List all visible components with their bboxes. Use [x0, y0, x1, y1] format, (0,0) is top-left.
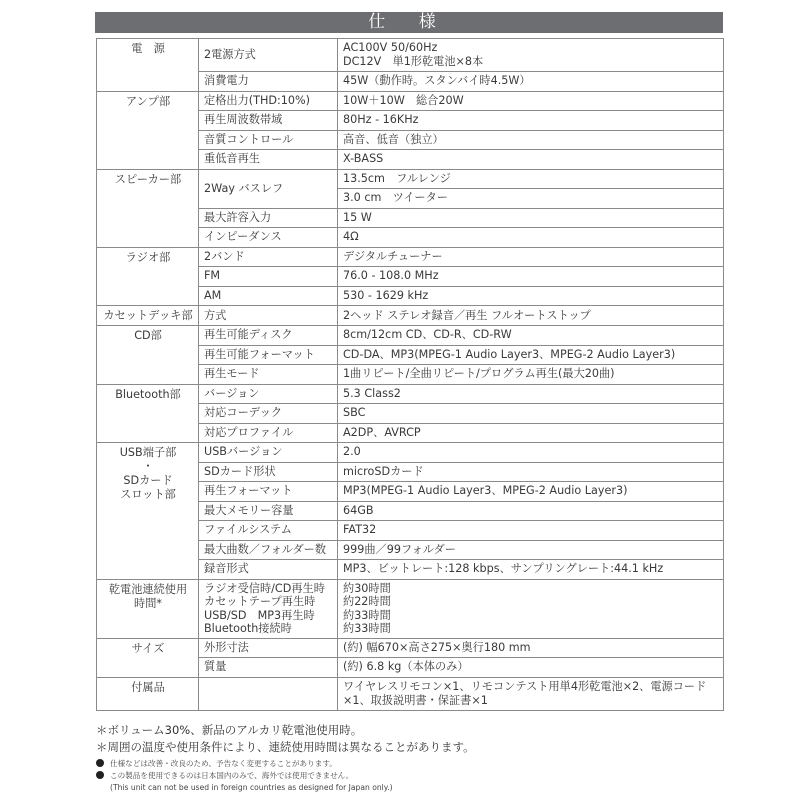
- category-cell: 付属品: [97, 677, 199, 710]
- spec-label: インピーダンス: [199, 228, 338, 248]
- bullet-icon: [96, 759, 104, 767]
- footnote-bullet-2: この製品を使用できるのは日本国内のみで、海外では使用できません。: [96, 770, 736, 782]
- table-row: アンプ部定格出力(THD:10%)10W＋10W 総合20W: [97, 91, 724, 111]
- spec-label: 録音形式: [199, 560, 338, 580]
- spec-label: FM: [199, 267, 338, 287]
- spec-label: AM: [199, 286, 338, 306]
- spec-value: 80Hz - 16KHz: [338, 111, 724, 131]
- spec-value: 76.0 - 108.0 MHz: [338, 267, 724, 287]
- spec-label: ラジオ受信時/CD再生時カセットテープ再生時USB/SD MP3再生時Bluet…: [199, 579, 338, 638]
- spec-label: ファイルシステム: [199, 521, 338, 541]
- spec-label: USBバージョン: [199, 443, 338, 463]
- spec-value: 15 W: [338, 208, 724, 228]
- spec-label: [199, 677, 338, 710]
- category-cell: 乾電池連続使用 時間*: [97, 579, 199, 638]
- table-row: 乾電池連続使用 時間*ラジオ受信時/CD再生時カセットテープ再生時USB/SD …: [97, 579, 724, 638]
- table-row: 付属品ワイヤレスリモコン×1、リモコンテスト用単4形乾電池×2、電源コード×1、…: [97, 677, 724, 710]
- spec-value: (約) 幅670×高さ275×奥行180 mm: [338, 638, 724, 658]
- page-title: 仕 様: [368, 12, 449, 32]
- table-row: Bluetooth部バージョン5.3 Class2: [97, 384, 724, 404]
- spec-value: (約) 6.8 kg（本体のみ）: [338, 658, 724, 678]
- spec-label: 再生周波数帯域: [199, 111, 338, 131]
- spec-label: SDカード形状: [199, 462, 338, 482]
- footnote-asterisk-2: ＊周囲の温度や使用条件により、連続使用時間は異なることがあります。: [96, 739, 736, 756]
- spec-value: 45W（動作時。スタンバイ時4.5W）: [338, 72, 724, 92]
- spec-value: CD-DA、MP3(MPEG-1 Audio Layer3、MPEG-2 Aud…: [338, 345, 724, 365]
- spec-label: 音質コントロール: [199, 130, 338, 150]
- spec-value: 3.0 cm ツイーター: [338, 189, 724, 209]
- spec-value: 約30時間約22時間約33時間約33時間: [338, 579, 724, 638]
- table-row: カセットデッキ部方式2ヘッド ステレオ録音／再生 フルオートストップ: [97, 306, 724, 326]
- spec-label: 2Way バスレフ: [199, 169, 338, 208]
- spec-label: 定格出力(THD:10%): [199, 91, 338, 111]
- spec-value: SBC: [338, 404, 724, 424]
- spec-value: 5.3 Class2: [338, 384, 724, 404]
- footnote-text: 仕様などは改善・改良のため、予告なく変更することがあります。: [110, 759, 337, 768]
- category-cell: USB端子部 ・ SDカード スロット部: [97, 443, 199, 580]
- spec-title-banner: 仕 様: [95, 12, 723, 33]
- spec-value-line: AC100V 50/60Hz: [343, 41, 719, 55]
- spec-label: 再生フォーマット: [199, 482, 338, 502]
- spec-value: 64GB: [338, 501, 724, 521]
- spec-value: 10W＋10W 総合20W: [338, 91, 724, 111]
- category-cell: アンプ部: [97, 91, 199, 169]
- spec-value: 999曲／99フォルダー: [338, 540, 724, 560]
- spec-label-line: Bluetooth接続時: [204, 622, 333, 636]
- spec-value: デジタルチューナー: [338, 247, 724, 267]
- spec-value: MP3(MPEG-1 Audio Layer3、MPEG-2 Audio Lay…: [338, 482, 724, 502]
- spec-label: 対応プロファイル: [199, 423, 338, 443]
- spec-label: 再生可能フォーマット: [199, 345, 338, 365]
- spec-label: 最大許容入力: [199, 208, 338, 228]
- spec-value: X-BASS: [338, 150, 724, 170]
- category-cell: 電 源: [97, 39, 199, 92]
- spec-value-line: DC12V 単1形乾電池×8本: [343, 55, 719, 69]
- spec-label: 再生モード: [199, 365, 338, 385]
- spec-label-line: USB/SD MP3再生時: [204, 609, 333, 623]
- category-cell: CD部: [97, 326, 199, 385]
- spec-label: 重低音再生: [199, 150, 338, 170]
- spec-value-line: 約30時間: [343, 582, 719, 596]
- footnote-english: (This unit can not be used in foreign co…: [96, 782, 736, 794]
- table-row: 電 源2電源方式AC100V 50/60HzDC12V 単1形乾電池×8本: [97, 39, 724, 72]
- spec-value: 4Ω: [338, 228, 724, 248]
- spec-label: 最大メモリー容量: [199, 501, 338, 521]
- spec-label: 2バンド: [199, 247, 338, 267]
- spec-value: 13.5cm フルレンジ: [338, 169, 724, 189]
- table-row: CD部再生可能ディスク8cm/12cm CD、CD-R、CD-RW: [97, 326, 724, 346]
- spec-value: A2DP、AVRCP: [338, 423, 724, 443]
- spec-value: FAT32: [338, 521, 724, 541]
- spec-value: 高音、低音（独立）: [338, 130, 724, 150]
- spec-value: AC100V 50/60HzDC12V 単1形乾電池×8本: [338, 39, 724, 72]
- spec-label: 消費電力: [199, 72, 338, 92]
- category-cell: Bluetooth部: [97, 384, 199, 443]
- table-row: ラジオ部2バンドデジタルチューナー: [97, 247, 724, 267]
- spec-label: 方式: [199, 306, 338, 326]
- spec-table: 電 源2電源方式AC100V 50/60HzDC12V 単1形乾電池×8本消費電…: [96, 38, 724, 711]
- spec-label: 最大曲数／フォルダー数: [199, 540, 338, 560]
- spec-value: microSDカード: [338, 462, 724, 482]
- spec-value: 2ヘッド ステレオ録音／再生 フルオートストップ: [338, 306, 724, 326]
- category-cell: サイズ: [97, 638, 199, 677]
- spec-value: 1曲リピート/全曲リピート/プログラム再生(最大20曲): [338, 365, 724, 385]
- spec-label: 外形寸法: [199, 638, 338, 658]
- spec-value: MP3、ビットレート:128 kbps、サンプリングレート:44.1 kHz: [338, 560, 724, 580]
- category-cell: カセットデッキ部: [97, 306, 199, 326]
- spec-label: 2電源方式: [199, 39, 338, 72]
- spec-label: 質量: [199, 658, 338, 678]
- spec-label: 再生可能ディスク: [199, 326, 338, 346]
- spec-value-line: 約22時間: [343, 595, 719, 609]
- spec-value-line: 約33時間: [343, 622, 719, 636]
- footnote-asterisk-1: ＊ボリューム30%、新品のアルカリ乾電池使用時。: [96, 722, 736, 739]
- category-cell: スピーカー部: [97, 169, 199, 247]
- spec-value: 530 - 1629 kHz: [338, 286, 724, 306]
- spec-label-line: カセットテープ再生時: [204, 595, 333, 609]
- spec-label: バージョン: [199, 384, 338, 404]
- table-row: スピーカー部2Way バスレフ13.5cm フルレンジ: [97, 169, 724, 189]
- spec-value: 8cm/12cm CD、CD-R、CD-RW: [338, 326, 724, 346]
- table-row: USB端子部 ・ SDカード スロット部USBバージョン2.0: [97, 443, 724, 463]
- footnotes: ＊ボリューム30%、新品のアルカリ乾電池使用時。 ＊周囲の温度や使用条件により、…: [96, 722, 736, 794]
- table-row: サイズ外形寸法(約) 幅670×高さ275×奥行180 mm: [97, 638, 724, 658]
- spec-label: 対応コーデック: [199, 404, 338, 424]
- spec-value: ワイヤレスリモコン×1、リモコンテスト用単4形乾電池×2、電源コード×1、取扱説…: [338, 677, 724, 710]
- bullet-icon: [96, 771, 104, 779]
- spec-value-line: 約33時間: [343, 609, 719, 623]
- footnote-bullet-1: 仕様などは改善・改良のため、予告なく変更することがあります。: [96, 758, 736, 770]
- spec-value: 2.0: [338, 443, 724, 463]
- category-cell: ラジオ部: [97, 247, 199, 306]
- spec-label-line: ラジオ受信時/CD再生時: [204, 582, 333, 596]
- footnote-text: この製品を使用できるのは日本国内のみで、海外では使用できません。: [110, 771, 353, 780]
